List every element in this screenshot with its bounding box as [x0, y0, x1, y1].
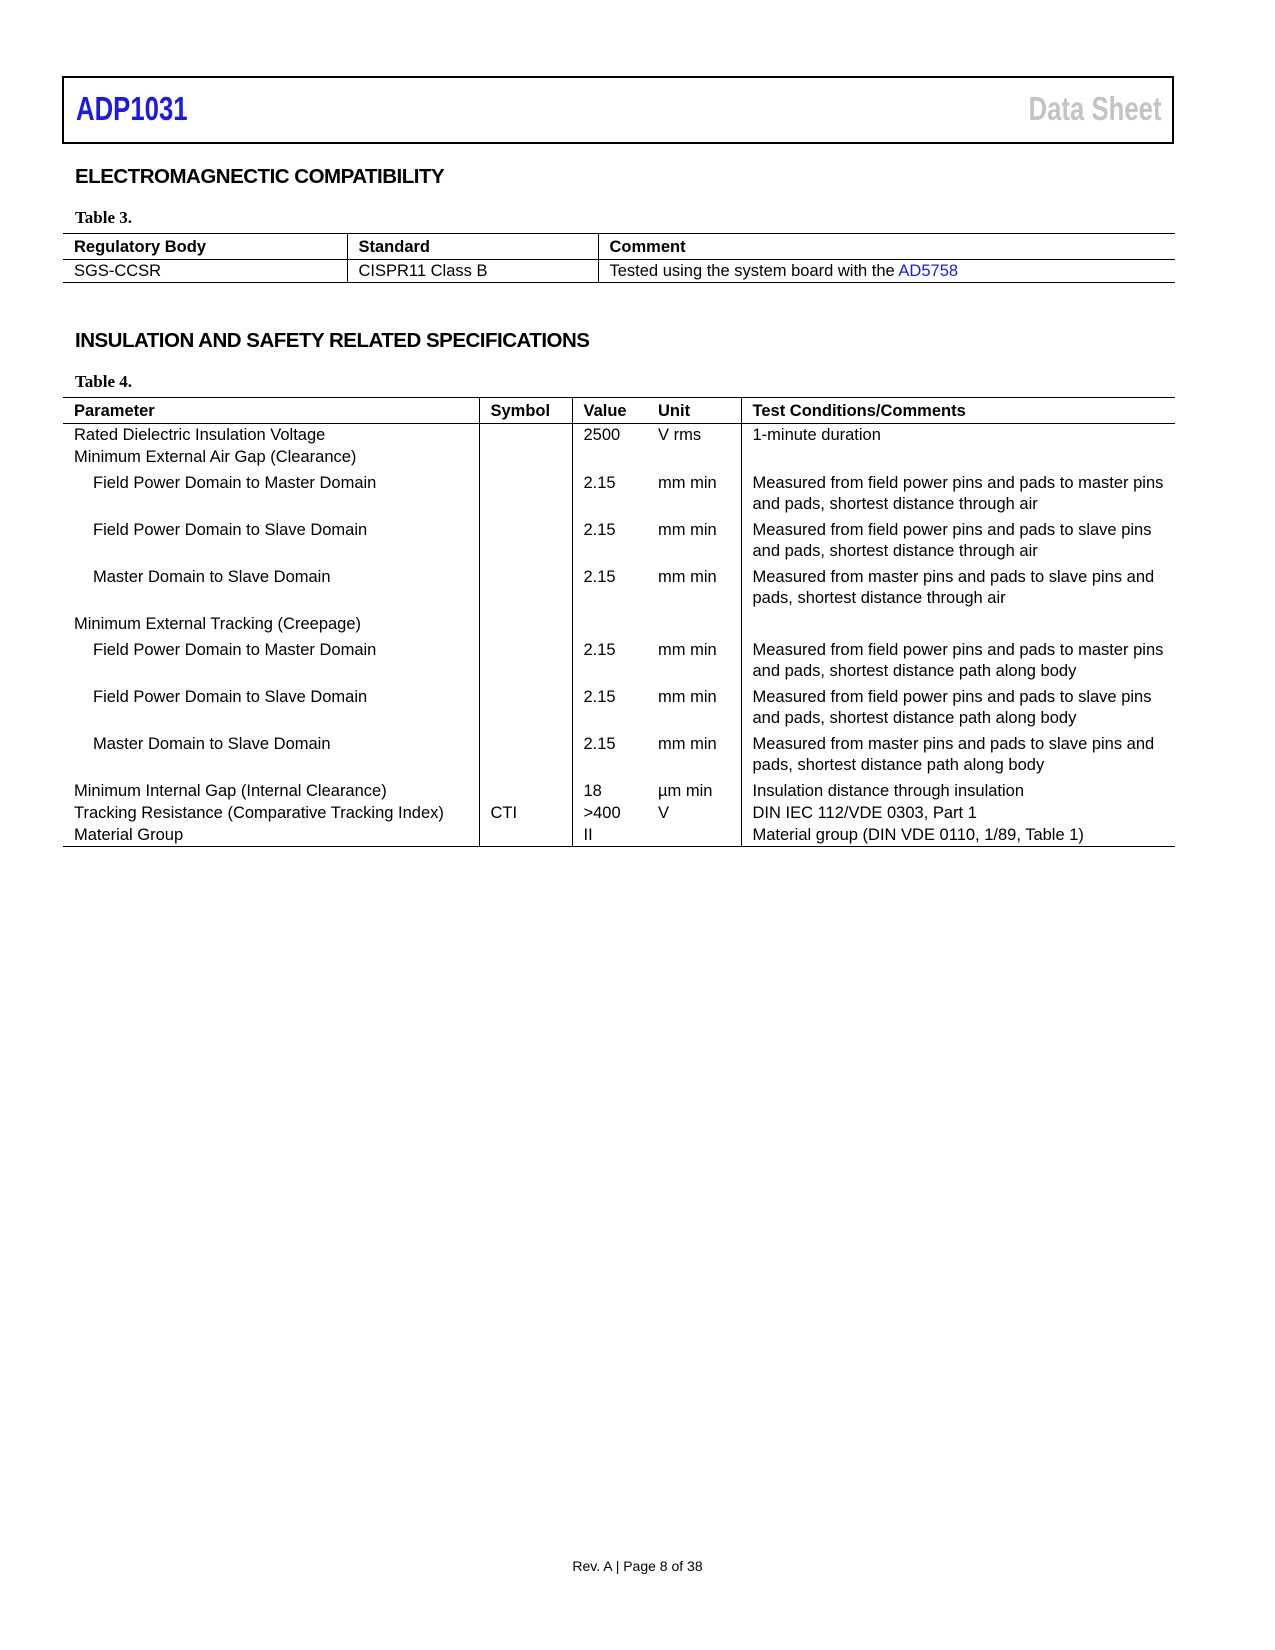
column-header: Regulatory Body — [63, 234, 347, 260]
table-row: Field Power Domain to Master Domain2.15m… — [63, 639, 1175, 686]
parameter-cell: Field Power Domain to Master Domain — [63, 639, 479, 686]
value-cell: 2.15 — [572, 519, 647, 566]
value-cell: 2.15 — [572, 733, 647, 780]
table-row: Minimum External Air Gap (Clearance) — [63, 446, 1175, 472]
table-header-row: Regulatory Body Standard Comment — [63, 234, 1175, 260]
symbol-cell — [479, 472, 572, 519]
unit-cell: V — [647, 802, 741, 824]
value-cell: 2.15 — [572, 639, 647, 686]
value-cell — [572, 613, 647, 639]
symbol-cell — [479, 424, 572, 447]
regulatory-body-cell: SGS-CCSR — [63, 260, 347, 283]
parameter-cell: Field Power Domain to Master Domain — [63, 472, 479, 519]
product-title: ADP1031 — [76, 90, 188, 128]
table-row: Rated Dielectric Insulation Voltage2500V… — [63, 424, 1175, 447]
column-header: Symbol — [479, 398, 572, 424]
table-row: Tracking Resistance (Comparative Trackin… — [63, 802, 1175, 824]
parameter-cell: Material Group — [63, 824, 479, 847]
symbol-cell — [479, 686, 572, 733]
unit-cell: mm min — [647, 472, 741, 519]
symbol-cell — [479, 613, 572, 639]
unit-cell: mm min — [647, 566, 741, 613]
document-type-label: Data Sheet — [1029, 90, 1162, 128]
document-header: ADP1031 Data Sheet — [62, 76, 1174, 144]
parameter-cell: Field Power Domain to Slave Domain — [63, 686, 479, 733]
comment-cell: Measured from master pins and pads to sl… — [741, 733, 1175, 780]
comment-cell: Measured from master pins and pads to sl… — [741, 566, 1175, 613]
table-row: Field Power Domain to Slave Domain2.15mm… — [63, 519, 1175, 566]
value-cell: 2.15 — [572, 566, 647, 613]
ad5758-link[interactable]: AD5758 — [898, 262, 958, 280]
unit-cell: V rms — [647, 424, 741, 447]
comment-cell: Material group (DIN VDE 0110, 1/89, Tabl… — [741, 824, 1175, 847]
parameter-cell: Field Power Domain to Slave Domain — [63, 519, 479, 566]
comment-cell: DIN IEC 112/VDE 0303, Part 1 — [741, 802, 1175, 824]
value-cell: II — [572, 824, 647, 847]
parameter-cell: Master Domain to Slave Domain — [63, 566, 479, 613]
table-row: Field Power Domain to Master Domain2.15m… — [63, 472, 1175, 519]
table-4-caption: Table 4. — [75, 372, 132, 392]
value-cell: >400 — [572, 802, 647, 824]
page-footer: Rev. A | Page 8 of 38 — [0, 1558, 1275, 1574]
symbol-cell — [479, 733, 572, 780]
unit-cell: mm min — [647, 519, 741, 566]
value-cell: 2500 — [572, 424, 647, 447]
parameter-cell: Tracking Resistance (Comparative Trackin… — [63, 802, 479, 824]
symbol-cell — [479, 780, 572, 802]
parameter-cell: Minimum Internal Gap (Internal Clearance… — [63, 780, 479, 802]
value-cell: 2.15 — [572, 472, 647, 519]
table-row: SGS-CCSR CISPR11 Class B Tested using th… — [63, 260, 1175, 283]
symbol-cell — [479, 519, 572, 566]
unit-cell — [647, 824, 741, 847]
parameter-cell: Minimum External Air Gap (Clearance) — [63, 446, 479, 472]
column-header: Unit — [647, 398, 741, 424]
symbol-cell — [479, 639, 572, 686]
table-row: Minimum Internal Gap (Internal Clearance… — [63, 780, 1175, 802]
unit-cell: mm min — [647, 686, 741, 733]
table-row: Field Power Domain to Slave Domain2.15mm… — [63, 686, 1175, 733]
column-header: Parameter — [63, 398, 479, 424]
unit-cell: mm min — [647, 733, 741, 780]
value-cell: 2.15 — [572, 686, 647, 733]
standard-cell: CISPR11 Class B — [347, 260, 598, 283]
comment-cell: Measured from field power pins and pads … — [741, 639, 1175, 686]
insulation-section-heading: INSULATION AND SAFETY RELATED SPECIFICAT… — [75, 329, 589, 353]
unit-cell — [647, 446, 741, 472]
table-header-row: Parameter Symbol Value Unit Test Conditi… — [63, 398, 1175, 424]
comment-cell: Measured from field power pins and pads … — [741, 472, 1175, 519]
value-cell — [572, 446, 647, 472]
parameter-cell: Rated Dielectric Insulation Voltage — [63, 424, 479, 447]
table-row: Master Domain to Slave Domain2.15mm minM… — [63, 733, 1175, 780]
comment-cell: Measured from field power pins and pads … — [741, 519, 1175, 566]
comment-cell: Measured from field power pins and pads … — [741, 686, 1175, 733]
symbol-cell — [479, 446, 572, 472]
column-header: Standard — [347, 234, 598, 260]
comment-cell: Tested using the system board with the A… — [598, 260, 1175, 283]
comment-cell: Insulation distance through insulation — [741, 780, 1175, 802]
emc-table: Regulatory Body Standard Comment SGS-CCS… — [63, 233, 1175, 283]
symbol-cell — [479, 566, 572, 613]
symbol-cell: CTI — [479, 802, 572, 824]
insulation-table: Parameter Symbol Value Unit Test Conditi… — [63, 397, 1175, 847]
column-header: Comment — [598, 234, 1175, 260]
column-header: Test Conditions/Comments — [741, 398, 1175, 424]
comment-cell — [741, 446, 1175, 472]
comment-cell: 1-minute duration — [741, 424, 1175, 447]
unit-cell: mm min — [647, 639, 741, 686]
parameter-cell: Master Domain to Slave Domain — [63, 733, 479, 780]
table-row: Material GroupIIMaterial group (DIN VDE … — [63, 824, 1175, 847]
symbol-cell — [479, 824, 572, 847]
comment-text: Tested using the system board with the — [610, 262, 899, 280]
column-header: Value — [572, 398, 647, 424]
value-cell: 18 — [572, 780, 647, 802]
comment-cell — [741, 613, 1175, 639]
parameter-cell: Minimum External Tracking (Creepage) — [63, 613, 479, 639]
table-3-caption: Table 3. — [75, 208, 132, 228]
emc-section-heading: ELECTROMAGNECTIC COMPATIBILITY — [75, 165, 444, 189]
unit-cell — [647, 613, 741, 639]
table-row: Master Domain to Slave Domain2.15mm minM… — [63, 566, 1175, 613]
unit-cell: µm min — [647, 780, 741, 802]
table-row: Minimum External Tracking (Creepage) — [63, 613, 1175, 639]
